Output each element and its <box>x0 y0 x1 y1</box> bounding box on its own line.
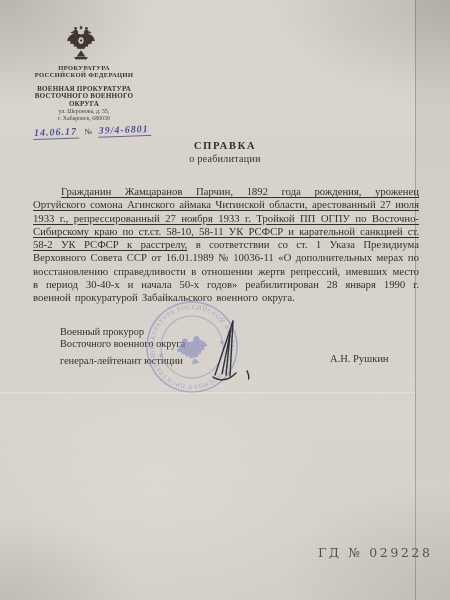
document-title: СПРАВКА о реабилитации <box>0 141 450 165</box>
title-sub: о реабилитации <box>0 154 450 165</box>
svg-text:★: ★ <box>157 351 165 360</box>
letterhead-line: ОКРУГА <box>18 101 150 108</box>
handwritten-number: 39/4-6801 <box>97 124 150 138</box>
letterhead-line: РОССИЙСКОЙ ФЕДЕРАЦИИ <box>18 72 150 79</box>
signer-name: А.Н. Рушкин <box>330 354 389 365</box>
letterhead-parent-org: ПРОКУРАТУРА РОССИЙСКОЙ ФЕДЕРАЦИИ <box>18 65 150 80</box>
address-line: ул. Шеронова, д. 55, <box>18 109 150 116</box>
handwritten-signature-icon <box>203 313 263 385</box>
handwritten-date: 14.06.17 <box>33 126 79 140</box>
letterhead-address: ул. Шеронова, д. 55, г. Хабаровск, 68003… <box>18 109 150 122</box>
body-paragraph: Гражданин Жамцаранов Парчин, 1892 года р… <box>33 186 419 306</box>
form-serial-number: ГД № 029228 <box>318 545 433 560</box>
letterhead-org: ВОЕННАЯ ПРОКУРАТУРА ВОСТОЧНОГО ВОЕННОГО … <box>18 86 150 108</box>
number-sign: № <box>84 127 92 136</box>
underlying-sheet-edge <box>415 0 450 600</box>
address-line: г. Хабаровск, 680030 <box>18 116 150 123</box>
photographed-document: ПРОКУРАТУРА РОССИЙСКОЙ ФЕДЕРАЦИИ ВОЕННАЯ… <box>0 0 450 600</box>
coat-of-arms-icon <box>62 24 100 62</box>
title-main: СПРАВКА <box>0 141 450 152</box>
